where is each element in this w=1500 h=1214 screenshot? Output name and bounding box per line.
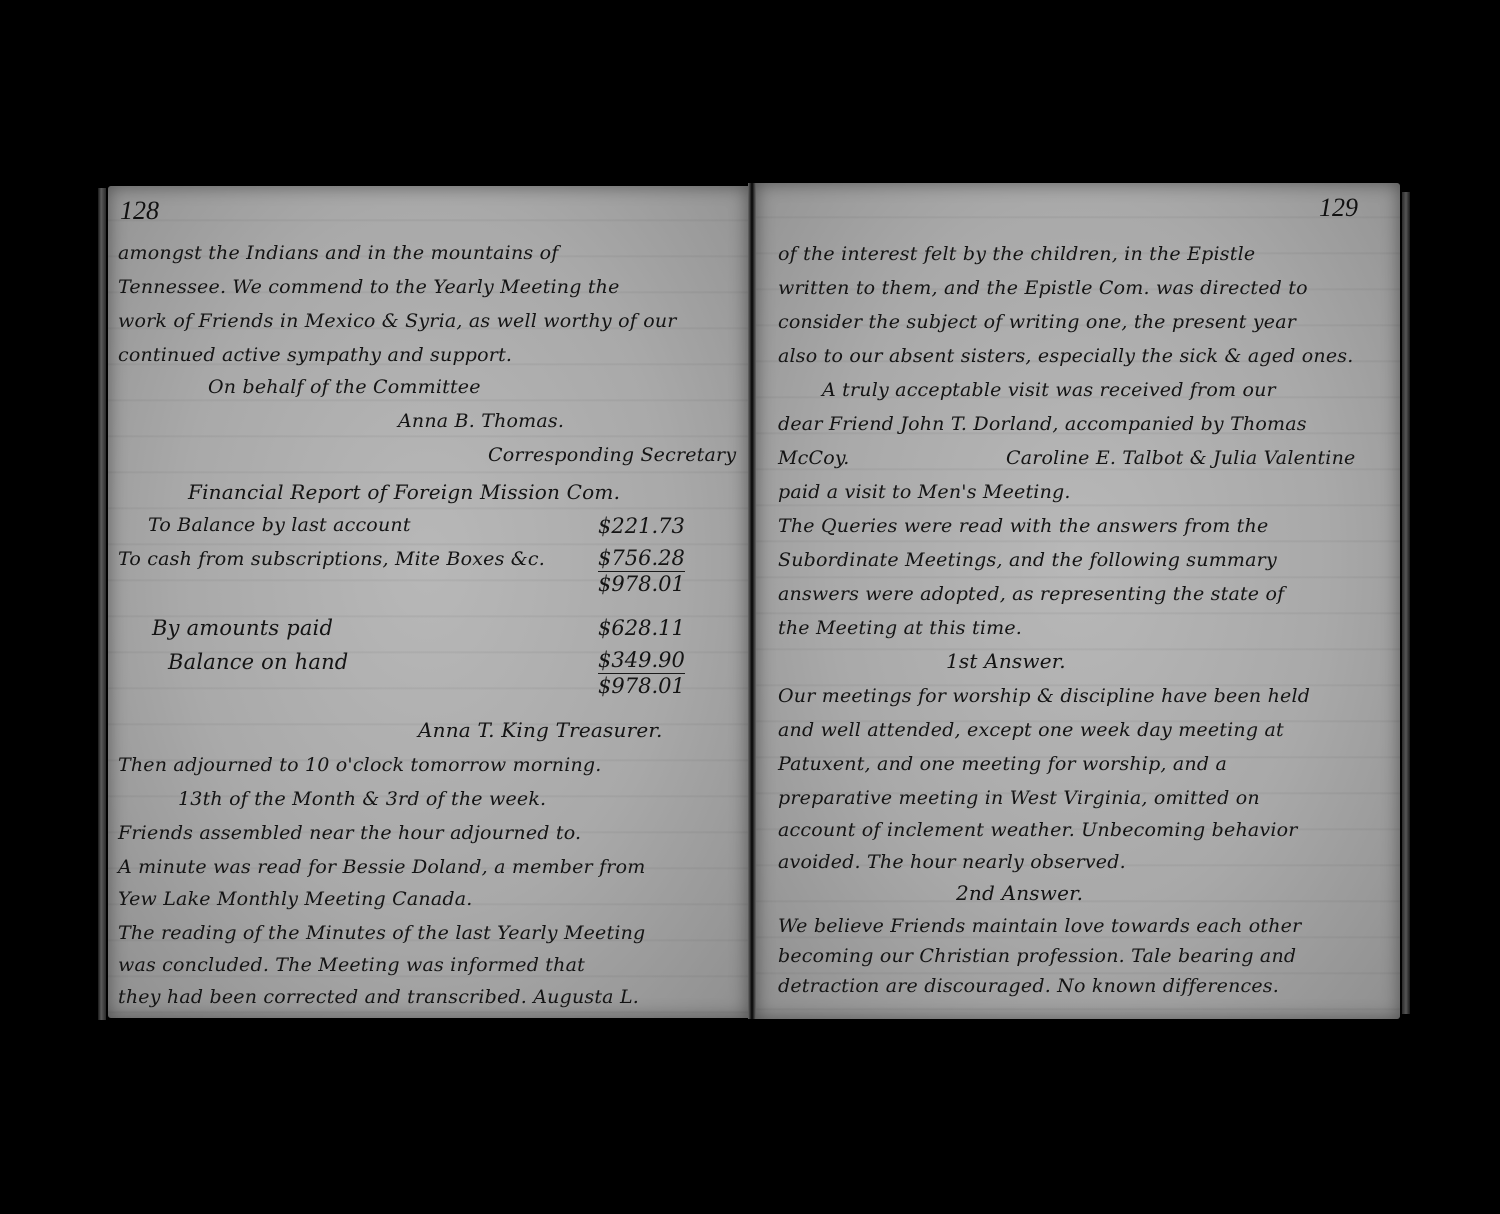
text-line: preparative meeting in West Virginia, om… (778, 789, 1260, 808)
ledger-amount: $349.90 (598, 648, 685, 674)
ledger-total: $978.01 (598, 572, 685, 596)
ledger-label: By amounts paid (152, 618, 333, 639)
treasurer-signature: Anna T. King Treasurer. (418, 720, 663, 740)
text-line: account of inclement weather. Unbecoming… (778, 821, 1298, 840)
ledger-label: To Balance by last account (148, 516, 411, 535)
ledger-label: Balance on hand (168, 652, 348, 673)
ledger-amount: $756.28 (598, 546, 685, 572)
text-line: of the interest felt by the children, in… (778, 245, 1255, 264)
right-page: 129 of the interest felt by the children… (756, 183, 1400, 1019)
text-line: McCoy. (778, 449, 850, 468)
text-line: also to our absent sisters, especially t… (778, 347, 1353, 366)
text-line: dear Friend John T. Dorland, accompanied… (778, 415, 1307, 434)
text-line: Caroline E. Talbot & Julia Valentine (1006, 449, 1355, 468)
signature-title: Corresponding Secretary (488, 446, 736, 465)
page-number: 129 (1319, 193, 1358, 223)
text-line: was concluded. The Meeting was informed … (118, 956, 585, 975)
text-line: and well attended, except one week day m… (778, 721, 1284, 740)
text-line: Patuxent, and one meeting for worship, a… (778, 755, 1227, 774)
text-line: continued active sympathy and support. (118, 346, 512, 365)
text-line: amongst the Indians and in the mountains… (118, 244, 558, 263)
page-number: 128 (120, 196, 159, 226)
ledger-amount: $221.73 (598, 514, 685, 538)
ledger-amount: $628.11 (598, 616, 685, 640)
text-line: becoming our Christian profession. Tale … (778, 947, 1296, 966)
ledger-total: $978.01 (598, 674, 685, 698)
left-book-edge (98, 188, 106, 1020)
date-heading: 13th of the Month & 3rd of the week. (178, 790, 546, 809)
text-line: Our meetings for worship & discipline ha… (778, 687, 1310, 706)
text-line: On behalf of the Committee (208, 378, 481, 397)
answer-heading: 2nd Answer. (956, 883, 1083, 903)
text-line: detraction are discouraged. No known dif… (778, 977, 1279, 996)
text-line: work of Friends in Mexico & Syria, as we… (118, 312, 677, 331)
text-line: Friends assembled near the hour adjourne… (118, 824, 581, 843)
text-line: paid a visit to Men's Meeting. (778, 483, 1071, 502)
text-line: Then adjourned to 10 o'clock tomorrow mo… (118, 756, 602, 775)
book-gutter (748, 183, 756, 1019)
text-line: consider the subject of writing one, the… (778, 313, 1296, 332)
text-line: they had been corrected and transcribed.… (118, 988, 639, 1007)
signature: Anna B. Thomas. (398, 412, 564, 431)
right-book-edge (1402, 192, 1410, 1014)
text-line: The Queries were read with the answers f… (778, 517, 1268, 536)
ledger-label: To cash from subscriptions, Mite Boxes &… (118, 550, 545, 569)
left-page: 128 amongst the Indians and in the mount… (108, 186, 748, 1018)
text-line: answers were adopted, as representing th… (778, 585, 1284, 604)
text-line: A minute was read for Bessie Doland, a m… (118, 858, 645, 877)
text-line: A truly acceptable visit was received fr… (822, 381, 1276, 400)
text-line: The reading of the Minutes of the last Y… (118, 924, 645, 943)
text-line: Yew Lake Monthly Meeting Canada. (118, 890, 473, 909)
financial-report-title: Financial Report of Foreign Mission Com. (188, 482, 620, 502)
text-line: avoided. The hour nearly observed. (778, 853, 1126, 872)
text-line: written to them, and the Epistle Com. wa… (778, 279, 1308, 298)
text-line: the Meeting at this time. (778, 619, 1022, 638)
answer-heading: 1st Answer. (946, 651, 1066, 671)
text-line: Tennessee. We commend to the Yearly Meet… (118, 278, 620, 297)
book-spread: 128 amongst the Indians and in the mount… (0, 0, 1500, 1214)
text-line: We believe Friends maintain love towards… (778, 917, 1301, 936)
text-line: Subordinate Meetings, and the following … (778, 551, 1277, 570)
